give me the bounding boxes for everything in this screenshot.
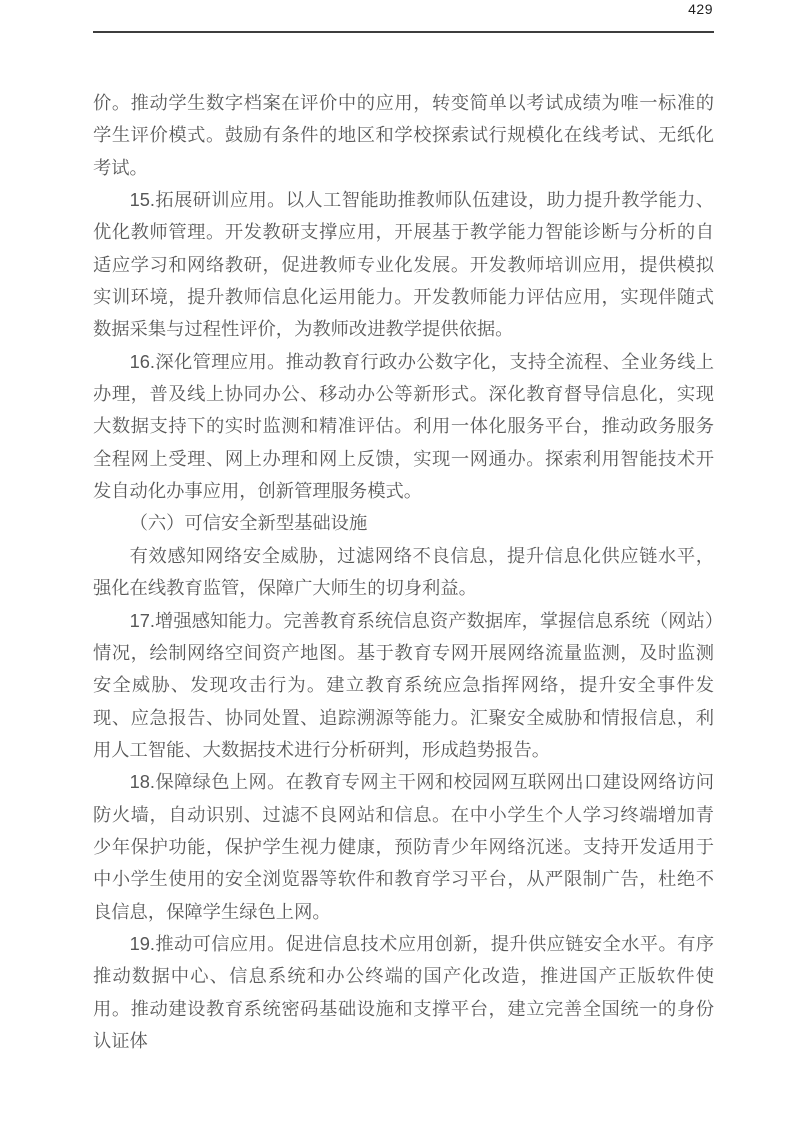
- section-heading: （六）可信安全新型基础设施: [93, 507, 714, 539]
- body-paragraph-item-15: 15.拓展研训应用。以人工智能助推教师队伍建设，助力提升教学能力、优化教师管理。…: [93, 184, 714, 346]
- body-paragraph-item-16: 16.深化管理应用。推动教育行政办公数字化，支持全流程、全业务线上办理，普及线上…: [93, 346, 714, 508]
- body-paragraph-item-18: 18.保障绿色上网。在教育专网主干网和校园网互联网出口建设网络访问防火墙，自动识…: [93, 766, 714, 928]
- header-rule: [93, 31, 714, 33]
- document-page: 429 价。推动学生数字档案在评价中的应用，转变简单以考试成绩为唯一标准的学生评…: [0, 0, 793, 1122]
- page-number: 429: [688, 1, 713, 17]
- section-intro-paragraph: 有效感知网络安全威胁，过滤网络不良信息，提升信息化供应链水平，强化在线教育监管，…: [93, 540, 714, 605]
- body-paragraph-continuation: 价。推动学生数字档案在评价中的应用，转变简单以考试成绩为唯一标准的学生评价模式。…: [93, 87, 714, 184]
- body-paragraph-item-19: 19.推动可信应用。促进信息技术应用创新，提升供应链安全水平。有序推动数据中心、…: [93, 928, 714, 1057]
- page-content: 价。推动学生数字档案在评价中的应用，转变简单以考试成绩为唯一标准的学生评价模式。…: [93, 87, 714, 1057]
- body-paragraph-item-17: 17.增强感知能力。完善教育系统信息资产数据库，掌握信息系统（网站）情况，绘制网…: [93, 605, 714, 767]
